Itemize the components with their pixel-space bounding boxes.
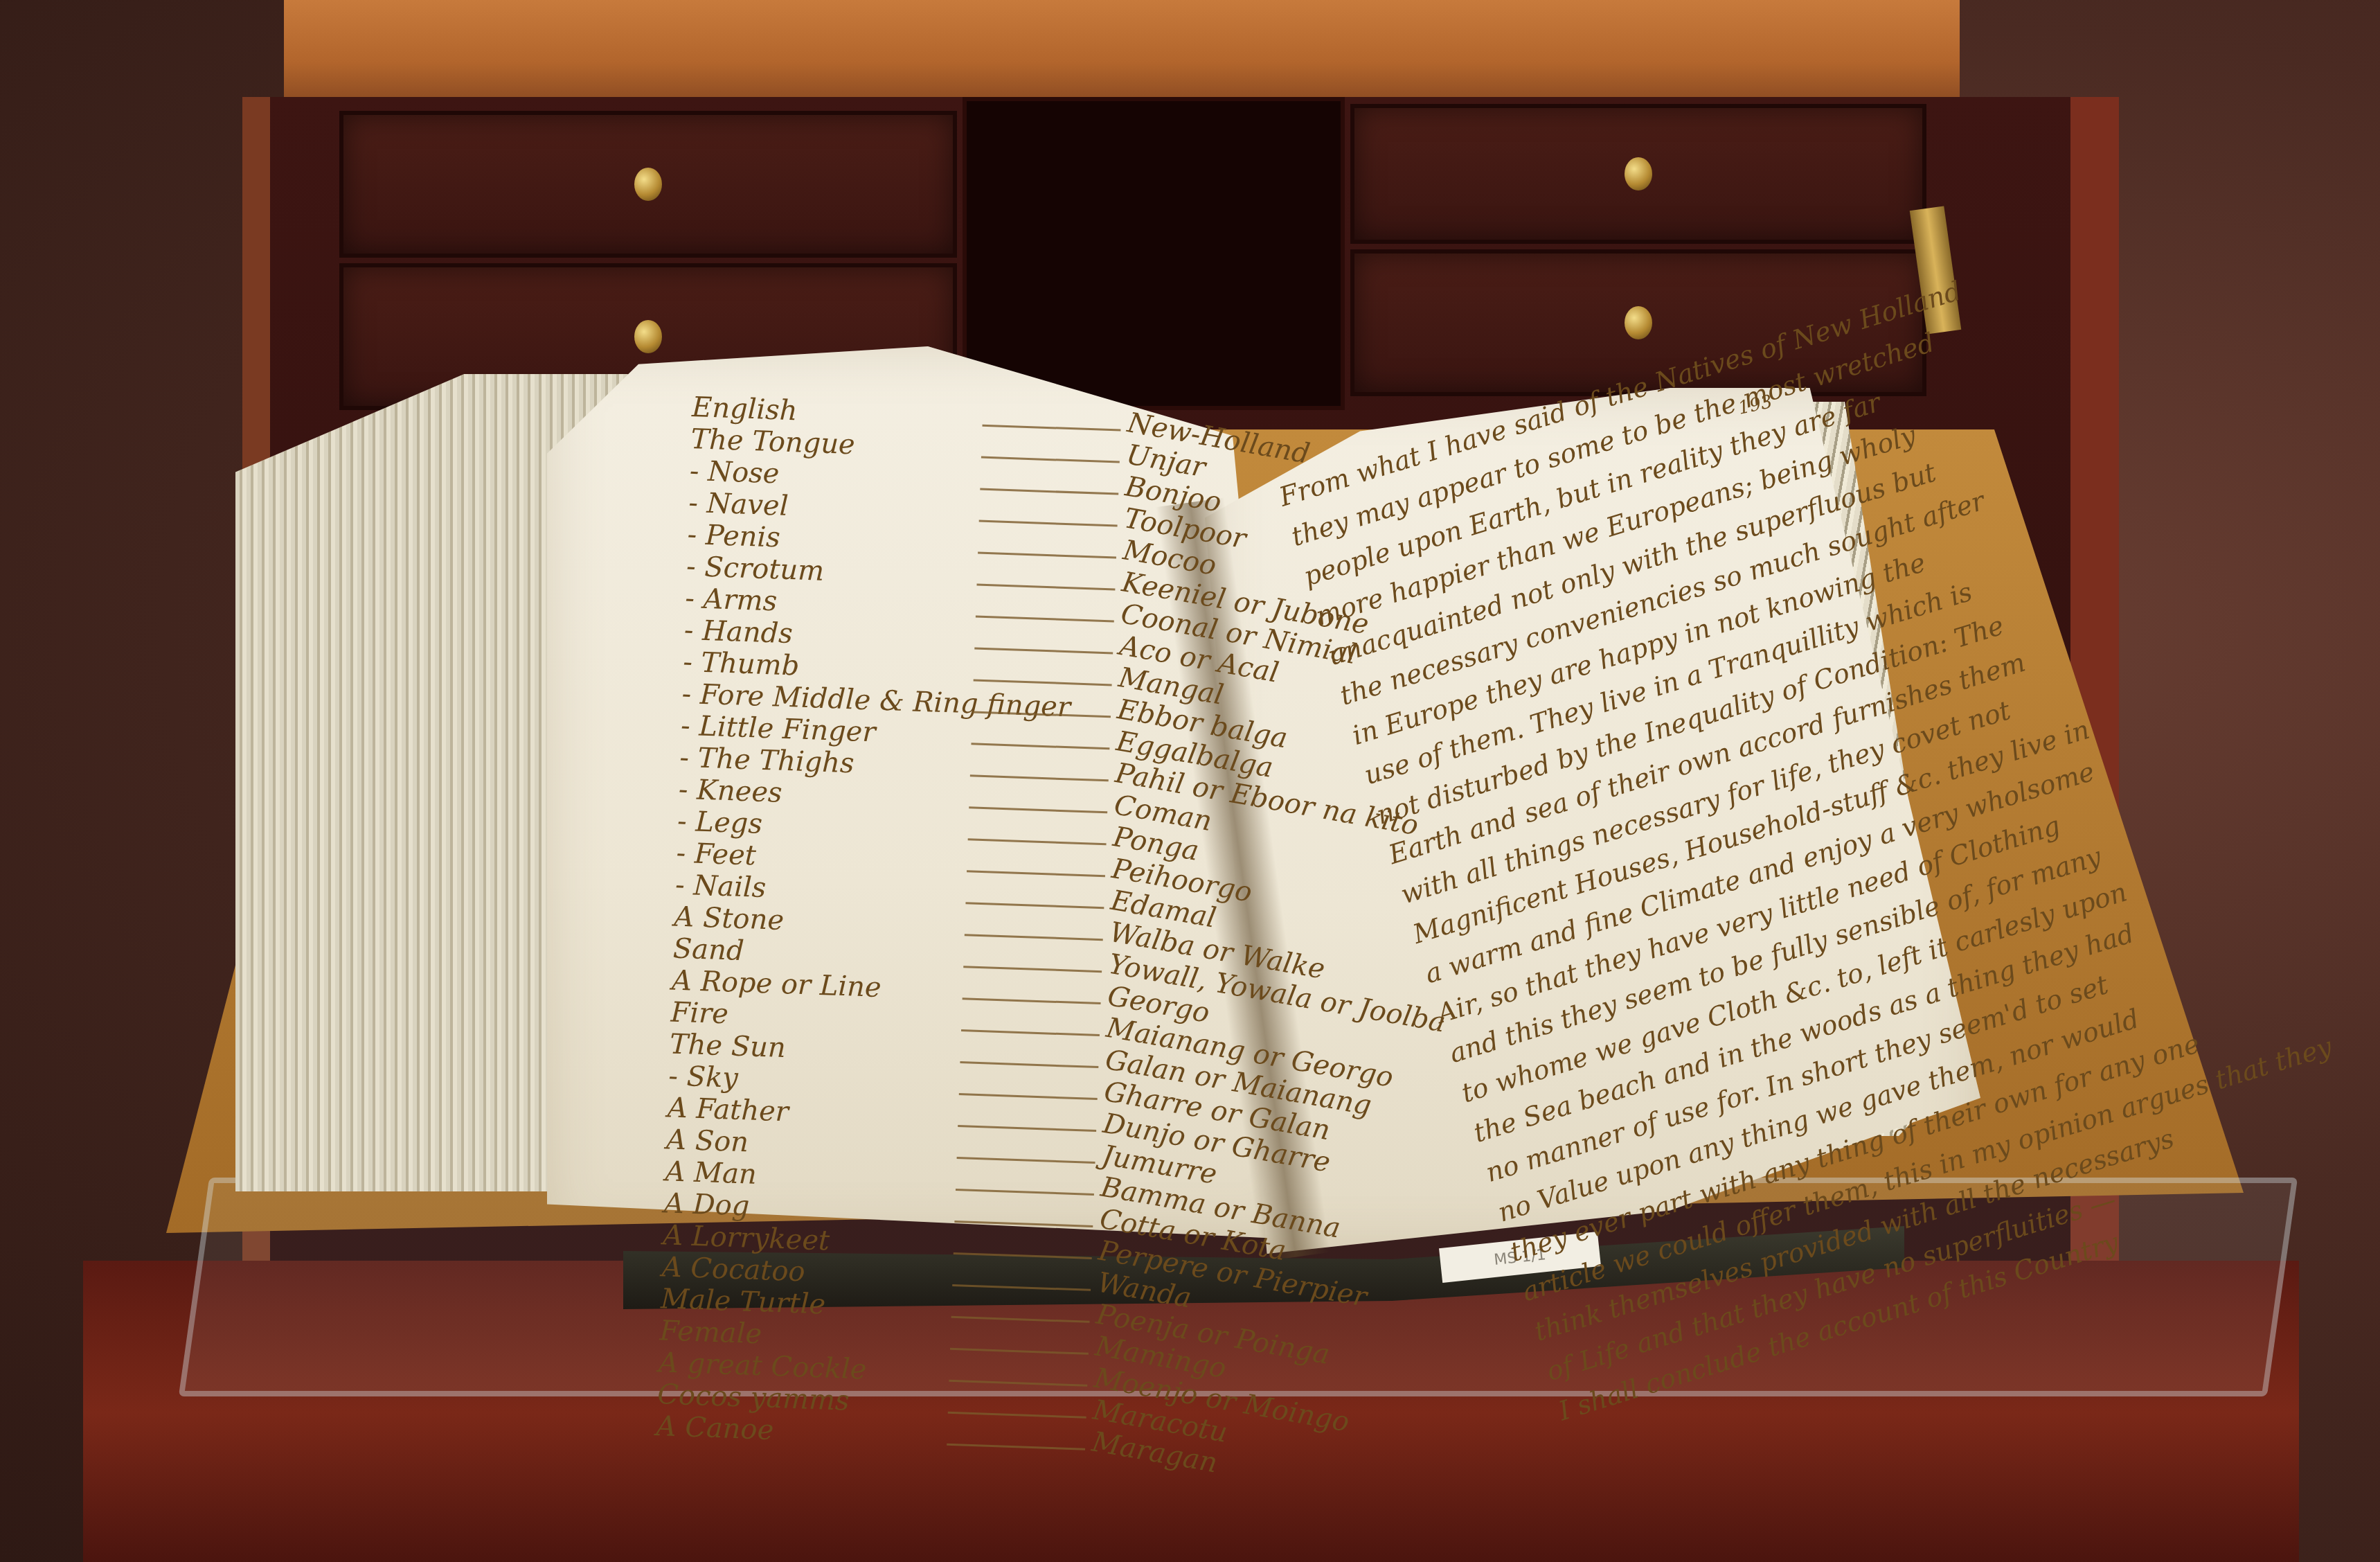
leader-line	[976, 615, 1114, 622]
leader-line	[956, 1189, 1094, 1196]
photo-scene: 193 MS 1/1 English New-Holland The Tongu…	[0, 0, 2380, 1562]
leader-line	[950, 1348, 1089, 1355]
center-cubbyhole	[963, 97, 1345, 410]
leader-line	[982, 425, 1120, 432]
leader-line	[974, 647, 1113, 654]
leader-line	[976, 583, 1115, 590]
leader-line	[958, 1125, 1096, 1132]
brass-knob-icon	[1625, 157, 1652, 190]
leader-line	[949, 1380, 1087, 1387]
leader-line	[970, 774, 1109, 781]
leader-line	[961, 1029, 1100, 1036]
leader-line	[957, 1157, 1095, 1164]
leader-line	[965, 934, 1103, 941]
leader-line	[971, 743, 1109, 749]
leader-line	[960, 1061, 1098, 1068]
brass-knob-icon	[634, 168, 662, 201]
brass-knob-icon	[1625, 306, 1652, 339]
bureau-lid	[284, 0, 1960, 111]
leader-line	[965, 902, 1104, 909]
leader-line	[954, 1221, 1093, 1227]
leader-line	[952, 1284, 1091, 1291]
leader-line	[969, 806, 1107, 813]
leader-line	[967, 870, 1105, 877]
leader-line	[974, 679, 1112, 686]
brass-knob-icon	[634, 320, 662, 353]
drawer-top-left	[339, 111, 957, 258]
leader-line	[979, 520, 1118, 527]
leader-line	[951, 1316, 1090, 1323]
leader-line	[954, 1252, 1092, 1259]
leader-line	[963, 966, 1102, 973]
leader-line	[963, 997, 1101, 1004]
leader-line	[947, 1444, 1085, 1450]
drawer-top-right	[1350, 104, 1926, 244]
leader-line	[978, 552, 1116, 559]
leader-line	[959, 1093, 1098, 1100]
leader-line	[981, 456, 1120, 463]
leader-line	[980, 488, 1118, 495]
leader-line	[948, 1412, 1086, 1419]
leader-line	[968, 838, 1107, 845]
